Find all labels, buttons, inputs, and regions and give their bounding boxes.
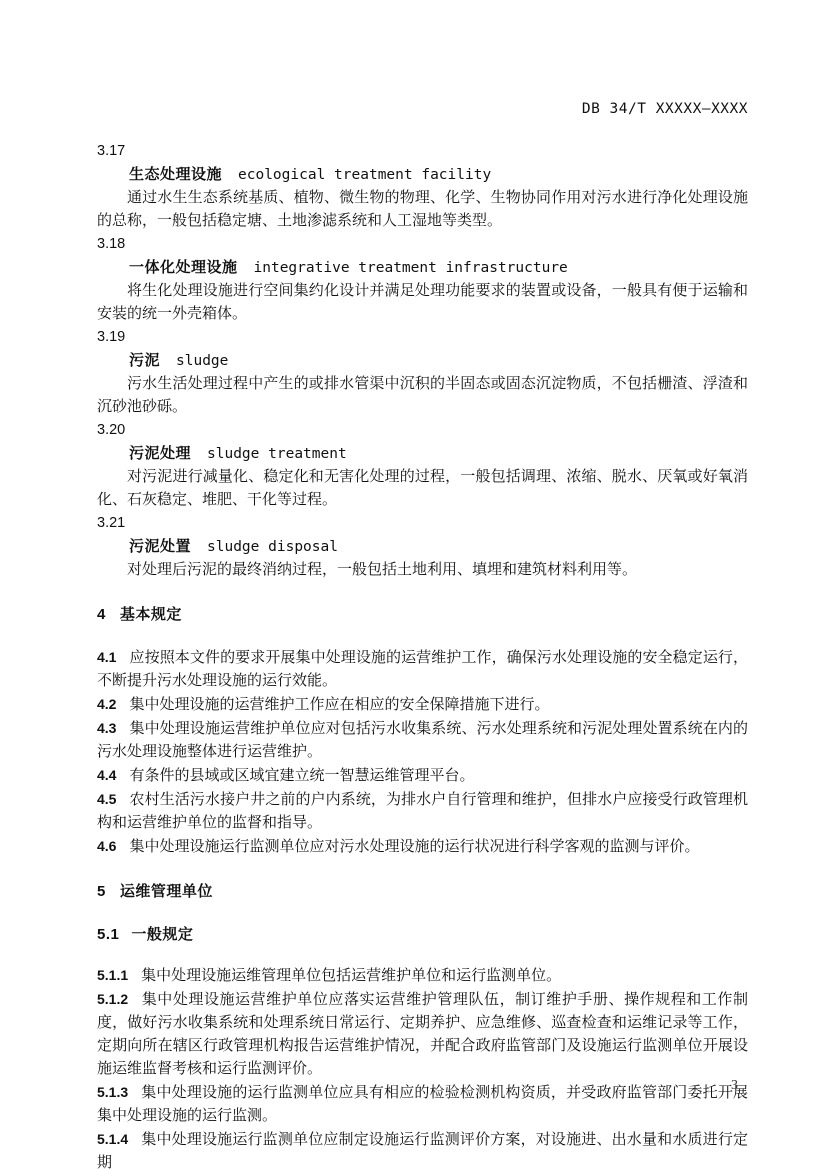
clause-number: 5.1.2 (97, 991, 128, 1007)
clause: 5.1.3集中处理设施的运行监测单位应具有相应的检验检测机构资质，并受政府监管部… (97, 1081, 748, 1128)
section-title: 运维管理单位 (120, 883, 213, 900)
term-entry: 3.18 一体化处理设施integrative treatment infras… (97, 233, 748, 326)
term-title: 生态处理设施ecological treatment facility (97, 163, 748, 187)
clause-text: 集中处理设施的运营维护工作应在相应的安全保障措施下进行。 (129, 697, 549, 713)
clause-number: 4.3 (97, 720, 116, 736)
term-title-zh: 污泥处理 (129, 445, 191, 462)
term-title-en: sludge (176, 353, 228, 369)
term-number: 3.20 (97, 419, 748, 442)
term-number: 3.21 (97, 512, 748, 535)
section-heading-4: 4基本规定 (97, 603, 748, 626)
clause-number: 4.4 (97, 767, 116, 783)
clause-number: 4.6 (97, 838, 116, 854)
section-number: 5 (97, 883, 106, 900)
term-title-zh: 一体化处理设施 (129, 259, 238, 276)
term-definition: 对污泥进行减量化、稳定化和无害化处理的过程，一般包括调理、浓缩、脱水、厌氧或好氧… (97, 466, 748, 512)
term-definition: 污水生活处理过程中产生的或排水管渠中沉积的半固态或固态沉淀物质，不包括栅渣、浮渣… (97, 373, 748, 419)
term-number: 3.18 (97, 233, 748, 256)
clause-number: 5.1.4 (97, 1131, 128, 1147)
clause-text: 集中处理设施运维管理单位包括运营维护单位和运行监测单位。 (141, 968, 561, 984)
clause: 5.1.1集中处理设施运维管理单位包括运营维护单位和运行监测单位。 (97, 964, 748, 988)
term-entry: 3.21 污泥处置sludge disposal 对处理后污泥的最终消纳过程，一… (97, 512, 748, 582)
term-title-zh: 污泥 (129, 352, 160, 369)
clause-number: 5.1.1 (97, 967, 128, 983)
clause-text: 集中处理设施的运行监测单位应具有相应的检验检测机构资质，并受政府监管部门委托开展… (97, 1085, 748, 1124)
term-title: 污泥处置sludge disposal (97, 535, 748, 559)
section-number: 4 (97, 606, 106, 623)
page-number: 3 (731, 1074, 738, 1097)
term-definition: 通过水生生态系统基质、植物、微生物的物理、化学、生物协同作用对污水进行净化处理设… (97, 187, 748, 233)
section-title: 基本规定 (120, 606, 182, 623)
term-entry: 3.19 污泥sludge 污水生活处理过程中产生的或排水管渠中沉积的半固态或固… (97, 326, 748, 419)
clause-number: 5.1.3 (97, 1084, 128, 1100)
term-title-zh: 污泥处置 (129, 538, 191, 555)
term-definition: 将生化处理设施进行空间集约化设计并满足处理功能要求的装置或设备，一般具有便于运输… (97, 280, 748, 326)
section-heading-5: 5运维管理单位 (97, 880, 748, 903)
clause: 5.1.2集中处理设施运营维护单位应落实运营维护管理队伍，制订维护手册、操作规程… (97, 988, 748, 1081)
clause: 5.1.4集中处理设施运行监测单位应制定设施运行监测评价方案，对设施进、出水量和… (97, 1128, 748, 1169)
term-title: 一体化处理设施integrative treatment infrastruct… (97, 256, 748, 280)
clause-text: 有条件的县域或区域宜建立统一智慧运维管理平台。 (129, 768, 474, 784)
clause-text: 应按照本文件的要求开展集中处理设施的运营维护工作，确保污水处理设施的安全稳定运行… (97, 650, 748, 689)
document-page: DB 34/T XXXXX—XXXX 3.17 生态处理设施ecological… (0, 0, 826, 1169)
term-title-en: sludge treatment (207, 446, 347, 462)
clause: 4.6集中处理设施运行监测单位应对污水处理设施的运行状况进行科学客观的监测与评价… (97, 835, 748, 859)
clause: 4.3集中处理设施运营维护单位应对包括污水收集系统、污水处理系统和污泥处理处置系… (97, 717, 748, 764)
clause: 4.5农村生活污水接户井之前的户内系统，为排水户自行管理和维护，但排水户应接受行… (97, 788, 748, 835)
term-title: 污泥sludge (97, 349, 748, 373)
clause-number: 4.2 (97, 696, 116, 712)
clause-number: 4.5 (97, 791, 116, 807)
term-definition: 对处理后污泥的最终消纳过程，一般包括土地利用、填埋和建筑材料利用等。 (97, 559, 748, 582)
subsection-heading-5-1: 5.1一般规定 (97, 923, 748, 946)
clause-text: 集中处理设施运行监测单位应制定设施运行监测评价方案，对设施进、出水量和水质进行定… (97, 1132, 748, 1169)
clause-text: 集中处理设施运营维护单位应落实运营维护管理队伍，制订维护手册、操作规程和工作制度… (97, 992, 748, 1077)
subsection-number: 5.1 (97, 926, 119, 943)
term-title-en: ecological treatment facility (238, 167, 491, 183)
term-entry: 3.17 生态处理设施ecological treatment facility… (97, 140, 748, 233)
document-number: DB 34/T XXXXX—XXXX (97, 98, 748, 121)
clause: 4.4有条件的县域或区域宜建立统一智慧运维管理平台。 (97, 764, 748, 788)
term-title-en: sludge disposal (207, 539, 338, 555)
term-title: 污泥处理sludge treatment (97, 442, 748, 466)
clause-number: 4.1 (97, 649, 116, 665)
clause-text: 集中处理设施运行监测单位应对污水处理设施的运行状况进行科学客观的监测与评价。 (129, 839, 699, 855)
term-entry: 3.20 污泥处理sludge treatment 对污泥进行减量化、稳定化和无… (97, 419, 748, 512)
subsection-title: 一般规定 (131, 926, 193, 943)
clause: 4.1应按照本文件的要求开展集中处理设施的运营维护工作，确保污水处理设施的安全稳… (97, 646, 748, 693)
term-title-zh: 生态处理设施 (129, 166, 222, 183)
term-number: 3.17 (97, 140, 748, 163)
clause-text: 集中处理设施运营维护单位应对包括污水收集系统、污水处理系统和污泥处理处置系统在内… (97, 721, 748, 760)
term-title-en: integrative treatment infrastructure (254, 260, 568, 276)
clause: 4.2集中处理设施的运营维护工作应在相应的安全保障措施下进行。 (97, 693, 748, 717)
term-number: 3.19 (97, 326, 748, 349)
clause-text: 农村生活污水接户井之前的户内系统，为排水户自行管理和维护，但排水户应接受行政管理… (97, 792, 748, 831)
